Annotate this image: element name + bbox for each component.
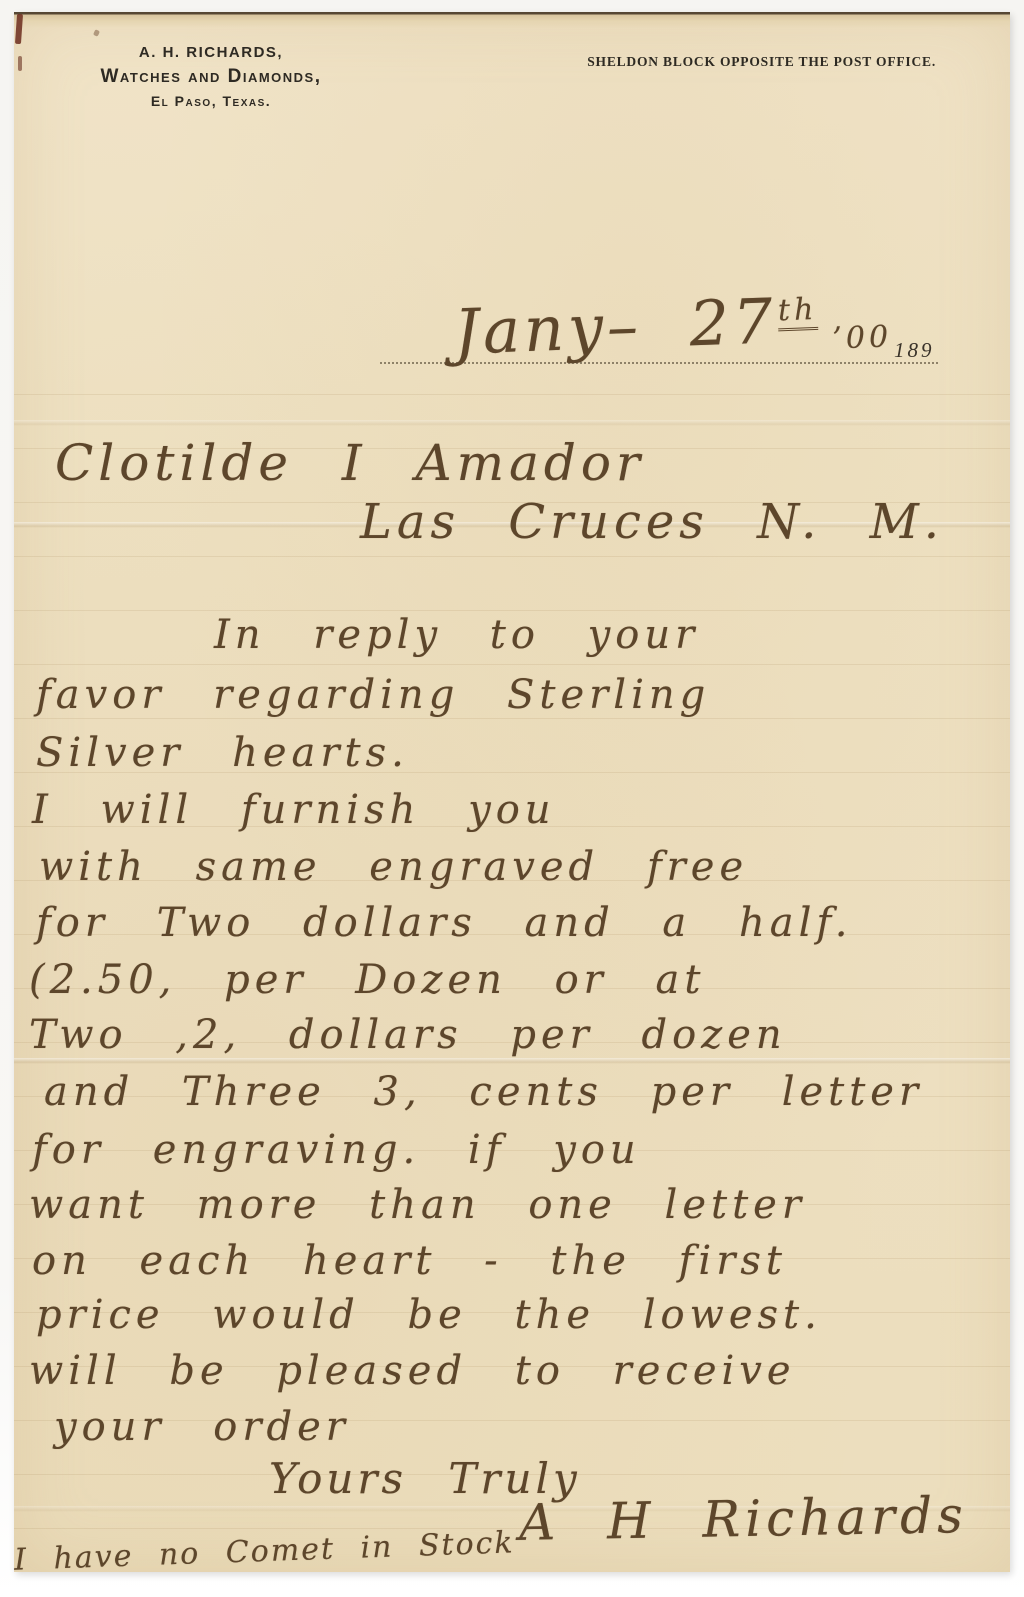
- handwritten-ordinal: th: [777, 292, 818, 331]
- body-line: In reply to your: [214, 612, 699, 658]
- body-line: I will furnish you: [32, 787, 556, 833]
- postscript: I have no Comet in Stock: [14, 1525, 516, 1577]
- binding-remnant-mark: [18, 56, 22, 71]
- body-line: your order: [54, 1404, 350, 1450]
- body-line: (2.50, per Dozen or at: [29, 957, 705, 1003]
- handwritten-year: ’00: [832, 319, 893, 356]
- body-line: Two ,2, dollars per dozen: [29, 1012, 787, 1058]
- fold-crease: [14, 420, 1010, 426]
- binding-remnant-mark: [15, 14, 23, 44]
- body-line: will be pleased to receive: [29, 1348, 796, 1394]
- paper-speck: [93, 29, 100, 37]
- paper-top-edge: [14, 12, 1010, 28]
- recipient-name: Clotilde I Amador: [55, 434, 645, 492]
- recipient-place: Las Cruces N. M.: [360, 494, 944, 550]
- body-line: want more than one letter: [29, 1182, 806, 1228]
- handwritten-month-day: Jany– 27: [453, 284, 778, 368]
- fold-crease: [14, 1058, 1010, 1064]
- body-line: and Three 3, cents per letter: [44, 1069, 923, 1115]
- body-line: price would be the lowest.: [36, 1292, 822, 1338]
- body-line: favor regarding Sterling: [36, 672, 710, 718]
- letterhead-building-note: Sheldon Block Opposite the Post Office.: [587, 54, 936, 70]
- body-line: Silver hearts.: [36, 730, 409, 776]
- letterhead-proprietor: A. H. RICHARDS,: [66, 44, 356, 61]
- signature: A H Richards: [519, 1486, 969, 1552]
- letterhead-left-block: A. H. RICHARDS, Watches and Diamonds, El…: [66, 44, 356, 109]
- body-line: with same engraved free: [39, 844, 748, 890]
- letterhead-location: El Paso, Texas.: [66, 93, 356, 109]
- body-line: for engraving. if you: [32, 1127, 641, 1173]
- letter-paper: A. H. RICHARDS, Watches and Diamonds, El…: [14, 12, 1010, 1572]
- letterhead-business: Watches and Diamonds,: [66, 66, 356, 88]
- letter-scan: { "letterhead": { "proprietor": "A. H. R…: [0, 0, 1024, 1597]
- body-line: for Two dollars and a half.: [36, 900, 852, 946]
- printed-year: 189: [894, 338, 935, 363]
- handwritten-date: Jany– 27th’00: [453, 280, 893, 368]
- body-line: on each heart - the first: [32, 1238, 787, 1284]
